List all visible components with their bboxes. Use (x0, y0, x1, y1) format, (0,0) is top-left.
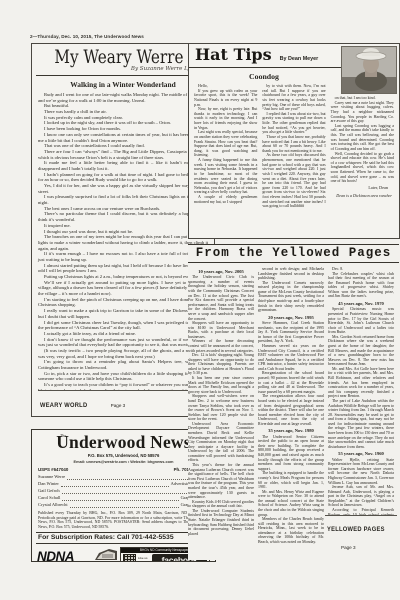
body-paragraph: It has been one year since owners Mark a… (188, 376, 254, 394)
signoff: Later, Dean (331, 186, 394, 191)
staff-row: Crystal Albrecht Graphic Design (38, 502, 209, 509)
folio-line: 2—Thursday, Dec. 10, 2015, The Underwood… (30, 34, 144, 39)
body-paragraph: The Celebashes couples’ whist club had t… (328, 272, 394, 299)
body-paragraph: Mrs. Gordon Scott returned home from Dic… (328, 335, 394, 367)
body-paragraph: We’ll see if I actually get around to pu… (38, 280, 208, 297)
body-paragraph: A couple of elderly gentlemen motioned m… (194, 195, 257, 204)
weary-continuation: WEARY WORLD Page 3 (38, 390, 208, 416)
yellowed-block: second in web design; and Michaela Lands… (258, 267, 324, 313)
hat-tips-column-1: Hello,If you grew up with rodeo as your … (194, 84, 257, 209)
body-paragraph: If it’s warm enough – I have no excuses … (38, 251, 208, 262)
body-paragraph: The part of Lake Audubon within the Audu… (328, 399, 394, 449)
yellowed-column-1: 10 years ago, Nov. 2005 The Underwood Ci… (188, 267, 254, 553)
body-paragraph: Hammes served six years on the Underwood… (258, 344, 324, 371)
body-paragraph: Walter Hjelle, retiring State Representa… (328, 458, 394, 485)
usps-number: USPS #647040 (38, 467, 68, 472)
dot-leader (62, 500, 178, 501)
hat-tips-article: Hat Tips By Dean Meyer Coondog Hello,If … (188, 43, 400, 239)
body-paragraph: Putting up Christmas lights at 2 a.m., b… (38, 274, 208, 280)
yellowed-pages-section: From the Yellowed Pages 10 years ago, No… (188, 244, 399, 560)
body-paragraph: Mr. and Mrs. Henry Wirtz and Eugene were… (258, 490, 324, 517)
hat-tips-byline: By Dean Meyer (280, 56, 319, 62)
body-paragraph: I really want to make a quick trip to Ga… (38, 308, 208, 319)
like-us-label: Like us on (138, 557, 150, 562)
yellowed-column-3: Dec. 8.The Celebashes couples’ whist clu… (328, 267, 394, 553)
body-paragraph: The Underwood Civic Club is sponsoring a… (188, 275, 254, 321)
body-paragraph: A funny thing happened to me this week. … (194, 158, 257, 195)
body-paragraph: I hadn’t planned on going for a walk at … (38, 172, 208, 183)
staff-name: Suzanne Werre (38, 474, 65, 481)
body-paragraph: Special Christmas music was presented at… (328, 307, 394, 334)
body-paragraph: It made me feel a little better being ab… (38, 160, 208, 171)
hat-tips-column-2: by to visit with them. Now, I’m not real… (262, 84, 325, 209)
dot-leader (61, 486, 169, 487)
body-paragraph: Rudy and I went for one of our late-nigh… (38, 92, 208, 103)
body-paragraph: The Underwood Computer Students finished… (188, 509, 254, 536)
body-paragraph: Winners of the home decorating contest w… (188, 339, 254, 353)
body-paragraph: Steve Hammes, Coal Creek Station mechani… (258, 321, 324, 344)
yellowed-pages-header: From the Yellowed Pages (188, 244, 399, 263)
staff-row: Gail Gefroh Production (38, 488, 209, 495)
dean-meyer-photo (341, 46, 397, 94)
staff-name: Dan Winter (38, 481, 59, 488)
body-paragraph: Go in, pick a star or two, and have your… (38, 371, 208, 382)
body-paragraph: The Underwood Senior Citizens invited th… (258, 435, 324, 472)
body-paragraph: Shoppers and well-wishers were on hand D… (188, 394, 254, 421)
body-paragraph: I almost started putting them up last ni… (38, 263, 208, 274)
author-tagline: Dean is a Dickinson area rancher (331, 194, 394, 199)
hat-tips-column-3: on that, but I am too kind.Carey sent me… (331, 84, 394, 209)
yellowed-block: 20 years ago, Nov. 1995 Steve Hammes, Co… (258, 315, 324, 427)
body-paragraph: Members of the Charles Beach family stil… (258, 517, 324, 544)
body-paragraph: Jerome Aub, son of Mr. and Mrs. Edmund A… (328, 485, 394, 508)
body-paragraph: Last night was really special, because o… (194, 130, 257, 158)
body-paragraph: This year’s theme for the annual Augusta… (188, 463, 254, 500)
body-paragraph: Yes, I did it for her, and she was a hap… (38, 183, 208, 194)
divider (36, 75, 210, 76)
yellowed-block: 45 years ago, Nov. 1970 Special Christma… (328, 301, 394, 449)
continuation-page: Page 3 (341, 545, 356, 550)
hat-tips-headline: Coondog (189, 72, 339, 81)
hat-tips-masthead: Hat Tips By Dean Meyer (189, 44, 343, 68)
subscription-line: For Subscription Rates: Call 701-442-553… (36, 532, 211, 544)
body-paragraph: I was pleasantly surprised to find a lot… (38, 194, 208, 205)
body-paragraph: I don’t know if we thought the performan… (38, 337, 208, 348)
dot-leader (70, 507, 179, 508)
staff-name: Gail Gefroh (38, 488, 60, 495)
staff-row: Dan Winter Advertising Manager (38, 481, 209, 488)
continuation-label: YELLOWED PAGES (327, 526, 385, 533)
yellowed-block: Dec. 8.The Celebashes couples’ whist clu… (328, 267, 394, 299)
dot-leader (67, 479, 196, 480)
yellowed-continuation: YELLOWED PAGES Page 3 (325, 515, 397, 556)
body-paragraph: I’m going to throw out a reminder plug a… (38, 359, 208, 370)
body-paragraph: second in web design; and Michaela Lands… (258, 267, 324, 281)
staff-name: Carol Schall (38, 495, 60, 502)
body-paragraph: Dec. 12 is kids’ shopping night. Young s… (188, 353, 254, 376)
body-paragraph: Now, by me, eight is pretty late. But th… (194, 107, 257, 130)
body-paragraph: I’m starting to feel the pinch of Christ… (38, 297, 208, 308)
yellowed-block: 10 years ago, Nov. 2005 The Underwood Ci… (188, 269, 254, 536)
body-paragraph: Well, Coondog decided to go grab a shove… (331, 152, 394, 184)
body-paragraph: I replied that I was about six-two, but … (262, 112, 325, 135)
weary-world-body: Rudy and I went for one of our late-nigh… (32, 92, 214, 405)
body-paragraph: There are four I can “always” find – The… (38, 149, 208, 160)
body-paragraph: I know one can only see constellations a… (38, 132, 208, 143)
ndna-logo: NDNA NORTH DAKOTA NEWSPAPER ASSOCIATION (37, 548, 119, 562)
yellowed-block: 35 years ago, Nov. 1980 The Underwood Se… (258, 428, 324, 544)
body-paragraph: The building is equipped to handle the c… (258, 471, 324, 489)
body-paragraph: There’s no particular theme that I could… (38, 211, 208, 222)
staff-row: Carol Schall Graphic Design (38, 495, 209, 502)
ndna-letters: NDNA (37, 549, 74, 562)
body-paragraph: Carey sent me a note last night. They we… (331, 101, 394, 124)
body-paragraph: I did get some Christmas cheer last Tues… (38, 320, 208, 331)
years-ago-heading: 55 years ago, Nov. 1960 (328, 451, 394, 456)
continuation-page: Page 3 (111, 403, 126, 408)
newspaper-page: { "page": { "folio": "2—Thursday, Dec. 1… (0, 0, 400, 600)
body-paragraph: Reorganization of the school board passe… (258, 371, 324, 394)
continuation-label: WEARY WORLD (40, 402, 87, 409)
body-paragraph: The branches on one of my trees might be… (38, 234, 208, 251)
body-paragraph: As these two old boys discussed this phe… (262, 153, 325, 209)
hat-tips-title: Hat Tips (195, 46, 272, 64)
body-paragraph: Mr. and Mrs. Art Golle have been here fo… (328, 367, 394, 399)
body-paragraph: If you grew up with rodeo as your favori… (194, 89, 257, 108)
qr-code-icon (123, 554, 136, 562)
body-paragraph: Shoppers will have an opportunity to win… (188, 321, 254, 339)
staff-row: Suzanne Werre Editor (38, 474, 209, 481)
weary-world-headline: Walking in a Winter Wonderland (32, 80, 214, 89)
weary-world-masthead: My Weary Werre World (32, 44, 214, 68)
body-paragraph: (It was truly terrific – two people play… (38, 348, 208, 359)
body-paragraph: The Underwood Comets narrowly missed pla… (258, 281, 324, 313)
body-paragraph: The reorganization allows four rural boa… (258, 394, 324, 426)
yellowed-column-2: second in web design; and Michaela Lands… (258, 267, 324, 553)
body-paragraph: Those of you that know me, probably have… (262, 135, 325, 154)
staff-name: Crystal Albrecht (38, 502, 68, 509)
dot-leader (62, 493, 188, 494)
masthead-the: The (60, 433, 66, 438)
body-paragraph: Last spring Coondog was lugging a calf, … (331, 124, 394, 152)
newspaper-stack-icon (95, 548, 117, 562)
body-paragraph: by to visit with them. Now, I’m not real… (262, 84, 325, 112)
years-ago-heading: 35 years ago, Nov. 1980 (258, 428, 324, 433)
body-paragraph: Underwood Area Economic Development Dayc… (188, 422, 254, 463)
